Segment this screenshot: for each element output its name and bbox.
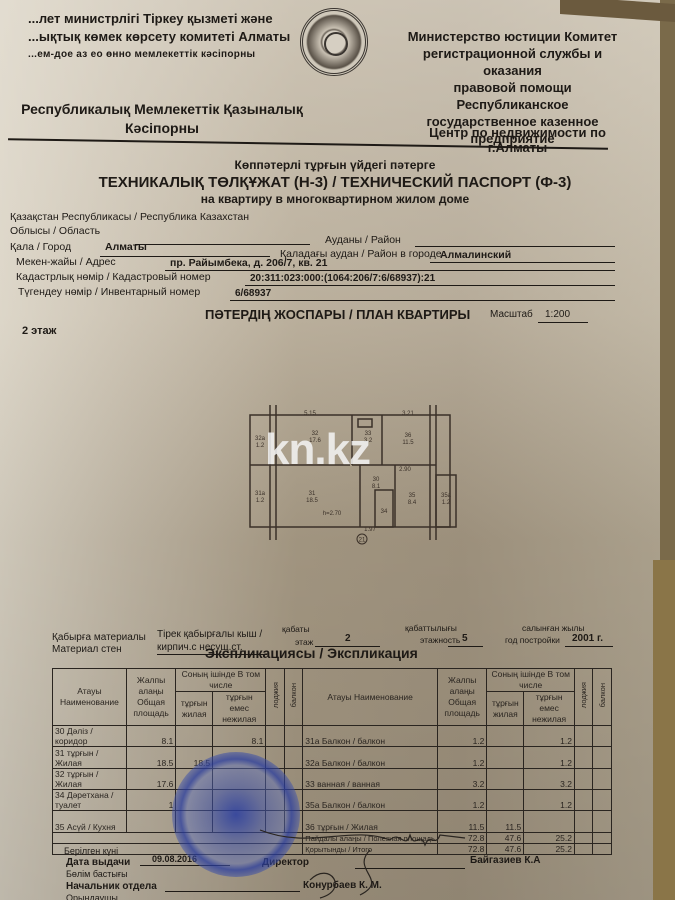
header-kz-line: ...лет министрлігі Тіркеу қызметі және xyxy=(28,10,298,28)
scale-underline xyxy=(538,322,588,323)
svg-text:1.2: 1.2 xyxy=(442,500,451,506)
svg-text:8.1: 8.1 xyxy=(372,484,381,490)
svg-text:31а: 31а xyxy=(255,491,266,497)
cell-name: 31 тұрғын / Жилая xyxy=(53,747,127,769)
floors-label-ru: этажность xyxy=(420,635,460,645)
cell-name: 35 Асүй / Кухня xyxy=(53,811,127,833)
country-label: Қазақстан Республикасы / Республика Каза… xyxy=(10,211,249,223)
dept-head-label-kz: Бөлім бастығы xyxy=(66,869,128,879)
address-underline xyxy=(165,270,615,271)
explication-body: 30 Дәліз / коридор8.18.131а Балкон / бал… xyxy=(53,726,612,833)
wall-label-kz: Қабырға материалы xyxy=(52,632,146,644)
floor-label-kz: қабаты xyxy=(282,624,310,634)
cell-nonliving: 1.2 xyxy=(524,790,575,811)
inventory-value: 6/68937 xyxy=(235,288,271,299)
svg-text:3.21: 3.21 xyxy=(402,411,414,417)
header-ru-line: правовой помощи Республиканское xyxy=(400,79,625,113)
svg-text:36: 36 xyxy=(405,433,412,439)
table-row: 34 Дәретхана / туалет135а Балкон / балко… xyxy=(53,790,612,811)
table-row: 30 Дәліз / коридор8.18.131а Балкон / бал… xyxy=(53,726,612,747)
kazakhstan-emblem-icon xyxy=(300,8,368,76)
emblem-center-icon xyxy=(324,32,348,56)
signature-scribble-icon xyxy=(250,820,470,900)
col-header-nonliving: тұрғын емес нежилая xyxy=(213,692,266,726)
inventory-underline xyxy=(230,300,615,301)
title-line-2: ТЕХНИКАЛЫҚ ТӨЛҚҰЖАТ (Н-3) / ТЕХНИЧЕСКИЙ … xyxy=(80,174,590,191)
col-header-loggia: лоджия xyxy=(266,669,284,726)
empty-cell xyxy=(284,726,302,747)
city-label: Қала / Город xyxy=(10,241,71,253)
empty-cell xyxy=(575,790,593,811)
col-header-total: Жалпы алаңы Общая площадь xyxy=(437,669,486,726)
issue-date-label-ru: Дата выдачи xyxy=(66,857,130,868)
background-edge xyxy=(653,560,675,900)
empty-cell xyxy=(266,726,284,747)
col-header-name: Атауы Наименование xyxy=(53,669,127,726)
col-header-living: тұрғын жилая xyxy=(176,692,213,726)
svg-text:34: 34 xyxy=(381,509,388,515)
scale-label: Масштаб xyxy=(490,309,533,320)
empty-cell xyxy=(593,769,612,790)
empty-cell xyxy=(593,811,612,833)
city-value: Алматы xyxy=(105,241,147,253)
wall-value-kz: Тірек қабырғалы кыш / xyxy=(157,628,262,641)
col-header-name: Атауы Наименование xyxy=(303,669,438,726)
inventory-label: Түгендеу нөмір / Инвентарный номер xyxy=(18,286,200,298)
svg-text:1.2: 1.2 xyxy=(256,498,265,504)
svg-text:1.97: 1.97 xyxy=(364,527,376,533)
useful-area-living: 47.6 xyxy=(487,833,524,844)
floors-underline xyxy=(448,646,483,647)
cell-total: 1.2 xyxy=(437,726,486,747)
cadastral-label: Кадастрлық нөмір / Кадастровый номер xyxy=(16,271,211,283)
empty-cell xyxy=(593,747,612,769)
region-underline xyxy=(135,244,310,245)
empty-cell xyxy=(575,726,593,747)
header-kz-enterprise-line: Республикалық Мемлекеттік Қазыналық xyxy=(12,100,312,119)
year-underline xyxy=(565,646,613,647)
cell-total: 17.6 xyxy=(126,769,175,790)
cell-nonliving: 1.2 xyxy=(524,726,575,747)
col-header-balcony: балкон xyxy=(593,669,612,726)
performer-label-kz: Орындаушы xyxy=(66,893,118,900)
region-label: Облысы / Область xyxy=(10,225,100,237)
col-header-including: Соның ішінде В том числе xyxy=(176,669,266,692)
header-ru-center: Центр по недвижимости по г.Алматы xyxy=(400,125,635,155)
empty-cell xyxy=(575,811,593,833)
header-kz: ...лет министрлігі Тіркеу қызметі және .… xyxy=(28,10,298,64)
cell-nonliving: 8.1 xyxy=(213,726,266,747)
issue-date-label-kz: Берілген күні xyxy=(64,846,118,856)
header-ru-line: Министерство юстиции Комитет xyxy=(400,28,625,45)
loggia-label: лоджия xyxy=(578,682,589,708)
year-value: 2001 г. xyxy=(572,633,603,644)
svg-text:2.90: 2.90 xyxy=(399,467,411,473)
svg-text:1.2: 1.2 xyxy=(256,443,265,449)
cell-name: 30 Дәліз / коридор xyxy=(53,726,127,747)
empty-cell xyxy=(575,844,593,855)
empty-cell xyxy=(284,747,302,769)
title-line-1: Көппәтерлі тұрғын үйдегі пәтерге xyxy=(80,158,590,172)
empty-cell xyxy=(593,790,612,811)
explication-title: Экспликациясы / Экспликация xyxy=(205,645,418,661)
cell-nonliving: 1.2 xyxy=(524,747,575,769)
svg-text:18.5: 18.5 xyxy=(306,498,318,504)
svg-text:h=2.70: h=2.70 xyxy=(323,511,342,517)
cell-total: 1.2 xyxy=(437,790,486,811)
title-line-3: на квартиру в многоквартирном жилом доме xyxy=(80,192,590,206)
svg-text:21: 21 xyxy=(359,538,366,544)
col-header-nonliving: тұрғын емес нежилая xyxy=(524,692,575,726)
col-header-total: Жалпы алаңы Общая площадь xyxy=(126,669,175,726)
balcony-label: балкон xyxy=(288,683,299,707)
empty-cell xyxy=(593,844,612,855)
city-district-value: Алмалинский xyxy=(440,249,511,261)
col-header-loggia: лоджия xyxy=(575,669,593,726)
col-header-living: тұрғын жилая xyxy=(487,692,524,726)
cell-total xyxy=(126,811,175,833)
district-label: Ауданы / Район xyxy=(325,234,401,246)
svg-text:5.15: 5.15 xyxy=(304,411,316,417)
header-kz-line: ...ем-дое аз ео өнно мемлекеттік кәсіпор… xyxy=(28,46,298,64)
svg-text:35: 35 xyxy=(409,493,416,499)
cell-total: 3.2 xyxy=(437,769,486,790)
svg-text:31: 31 xyxy=(309,491,316,497)
svg-text:11.5: 11.5 xyxy=(402,440,414,446)
cell-name: 32 тұрғын / Жилая xyxy=(53,769,127,790)
floors-label-kz: қабаттылығы xyxy=(405,623,457,633)
floor-label: 2 этаж xyxy=(22,325,56,337)
cell-name: 34 Дәретхана / туалет xyxy=(53,790,127,811)
cadastral-value: 20:311:023:000:(1064:206/7:6/68937):21 xyxy=(250,273,435,284)
address-label: Мекен-жайы / Адрес xyxy=(16,256,116,268)
cell-living xyxy=(176,726,213,747)
cadastral-underline xyxy=(245,285,615,286)
empty-cell xyxy=(575,833,593,844)
cell-living xyxy=(487,790,524,811)
year-label-kz: салынған жылы xyxy=(522,623,585,633)
cell-total: 8.1 xyxy=(126,726,175,747)
plan-title: ПӘТЕРДІҢ ЖОСПАРЫ / ПЛАН КВАРТИРЫ xyxy=(205,307,470,322)
empty-cell xyxy=(575,769,593,790)
cell-nonliving xyxy=(524,811,575,833)
watermark-logo: kn.kz xyxy=(265,425,370,475)
year-label-ru: год постройки xyxy=(505,635,560,645)
col-header-balcony: балкон xyxy=(284,669,302,726)
useful-area-nonliving: 25.2 xyxy=(524,833,575,844)
cell-name: 31а Балкон / балкон xyxy=(303,726,438,747)
cell-living xyxy=(487,747,524,769)
col-header-including: Соның ішінде В том числе xyxy=(487,669,575,692)
cell-total: 1 xyxy=(126,790,175,811)
balcony-label: балкон xyxy=(597,683,608,707)
city-district-underline xyxy=(430,262,615,263)
table-row: 32 тұрғын / Жилая17.633 ванная / ванная3… xyxy=(53,769,612,790)
table-row: 31 тұрғын / Жилая18.518.532а Балкон / ба… xyxy=(53,747,612,769)
cell-living: 11.5 xyxy=(487,811,524,833)
cell-total: 1.2 xyxy=(437,747,486,769)
address-value: пр. Райымбека, д. 206/7, кв. 21 xyxy=(170,257,327,269)
cell-name: 33 ванная / ванная xyxy=(303,769,438,790)
empty-cell xyxy=(575,747,593,769)
cell-total: 18.5 xyxy=(126,747,175,769)
district-underline xyxy=(415,246,615,247)
floor-value: 2 xyxy=(345,633,351,644)
header-kz-enterprise-line: Кәсіпорны xyxy=(12,119,312,138)
cell-living xyxy=(487,726,524,747)
empty-cell xyxy=(593,833,612,844)
header-kz-enterprise: Республикалық Мемлекеттік Қазыналық Кәсі… xyxy=(12,100,312,138)
director-name: Байгазиев К.А xyxy=(470,855,540,866)
cell-nonliving: 3.2 xyxy=(524,769,575,790)
header-kz-line: ...ықтық көмек көрсету комитеті Алматы xyxy=(28,28,298,46)
cell-name: 32а Балкон / балкон xyxy=(303,747,438,769)
scale-value: 1:200 xyxy=(545,309,570,320)
cell-living xyxy=(487,769,524,790)
loggia-label: лоджия xyxy=(270,682,281,708)
document-title: Көппәтерлі тұрғын үйдегі пәтерге ТЕХНИКА… xyxy=(80,158,590,206)
grand-total-living: 47.6 xyxy=(487,844,524,855)
cell-name: 35а Балкон / балкон xyxy=(303,790,438,811)
svg-text:35а: 35а xyxy=(441,493,452,499)
wall-label-ru: Материал стен xyxy=(52,644,146,656)
header-ru-line: регистрационной службы и оказания xyxy=(400,45,625,79)
grand-total-nonliving: 25.2 xyxy=(524,844,575,855)
floors-value: 5 xyxy=(462,633,468,644)
svg-text:8.4: 8.4 xyxy=(408,500,417,506)
empty-cell xyxy=(593,726,612,747)
wall-material-label: Қабырға материалы Материал стен xyxy=(52,632,146,656)
dept-head-label-ru: Начальник отдела xyxy=(66,881,157,892)
svg-text:30: 30 xyxy=(373,477,380,483)
